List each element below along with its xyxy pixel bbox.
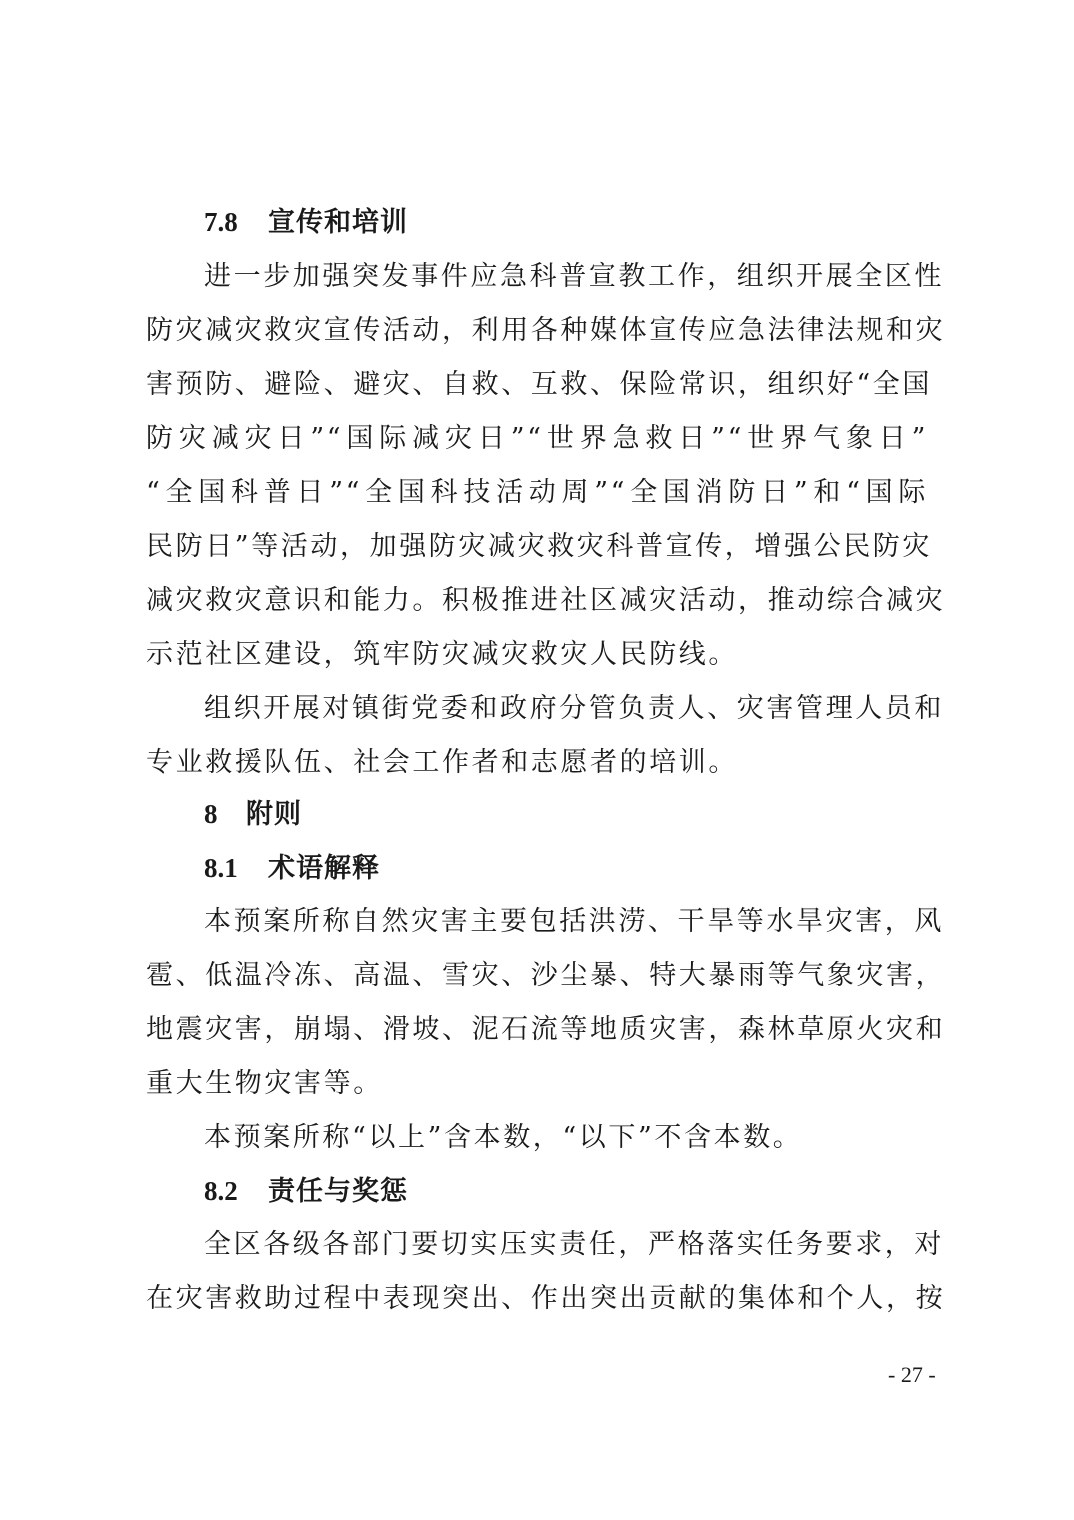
section-number: 7.8 bbox=[204, 205, 268, 239]
paragraph-line: 雹、低温冷冻、高温、雪灾、沙尘暴、特大暴雨等气象灾害， bbox=[146, 959, 928, 993]
paragraph-line: 地震灾害，崩塌、滑坡、泥石流等地质灾害，森林草原火灾和 bbox=[146, 1013, 928, 1047]
paragraph-line: 重大生物灾害等。 bbox=[146, 1067, 928, 1101]
paragraph-line: 示范社区建设，筑牢防灾减灾救灾人民防线。 bbox=[146, 638, 928, 672]
section-title: 附则 bbox=[246, 799, 302, 830]
section-heading-8-2: 8.2责任与奖惩 bbox=[204, 1174, 408, 1209]
section-number: 8.1 bbox=[204, 851, 268, 885]
section-heading-8-1: 8.1术语解释 bbox=[204, 851, 380, 886]
section-title: 宣传和培训 bbox=[268, 207, 408, 238]
paragraph-line: 全区各级各部门要切实压实责任，严格落实任务要求，对 bbox=[204, 1228, 928, 1262]
section-heading-8: 8附则 bbox=[204, 797, 302, 832]
section-number: 8 bbox=[204, 797, 246, 831]
document-page: 7.8宣传和培训 进一步加强突发事件应急科普宣教工作，组织开展全区性 防灾减灾救… bbox=[0, 0, 1074, 1520]
paragraph-line: 民防日”等活动，加强防灾减灾救灾科普宣传，增强公民防灾 bbox=[146, 530, 928, 564]
paragraph-line: 专业救援队伍、社会工作者和志愿者的培训。 bbox=[146, 746, 928, 780]
paragraph-line: 本预案所称“以上”含本数，“以下”不含本数。 bbox=[204, 1121, 928, 1155]
paragraph-line: 进一步加强突发事件应急科普宣教工作，组织开展全区性 bbox=[204, 260, 928, 294]
paragraph-line: 防灾减灾救灾宣传活动，利用各种媒体宣传应急法律法规和灾 bbox=[146, 314, 928, 348]
paragraph-line: “全国科普日”“全国科技活动周”“全国消防日”和“国际 bbox=[146, 476, 928, 510]
paragraph-line: 减灾救灾意识和能力。积极推进社区减灾活动，推动综合减灾 bbox=[146, 584, 928, 618]
section-title: 责任与奖惩 bbox=[268, 1176, 408, 1207]
paragraph-line: 在灾害救助过程中表现突出、作出突出贡献的集体和个人，按 bbox=[146, 1282, 928, 1316]
page-number: - 27 - bbox=[888, 1360, 936, 1390]
section-number: 8.2 bbox=[204, 1174, 268, 1208]
section-heading-7-8: 7.8宣传和培训 bbox=[204, 205, 408, 240]
paragraph-line: 防灾减灾日”“国际减灾日”“世界急救日”“世界气象日” bbox=[146, 422, 928, 456]
paragraph-line: 组织开展对镇街党委和政府分管负责人、灾害管理人员和 bbox=[204, 692, 928, 726]
paragraph-line: 本预案所称自然灾害主要包括洪涝、干旱等水旱灾害，风 bbox=[204, 905, 928, 939]
section-title: 术语解释 bbox=[268, 853, 380, 884]
paragraph-line: 害预防、避险、避灾、自救、互救、保险常识，组织好“全国 bbox=[146, 368, 928, 402]
